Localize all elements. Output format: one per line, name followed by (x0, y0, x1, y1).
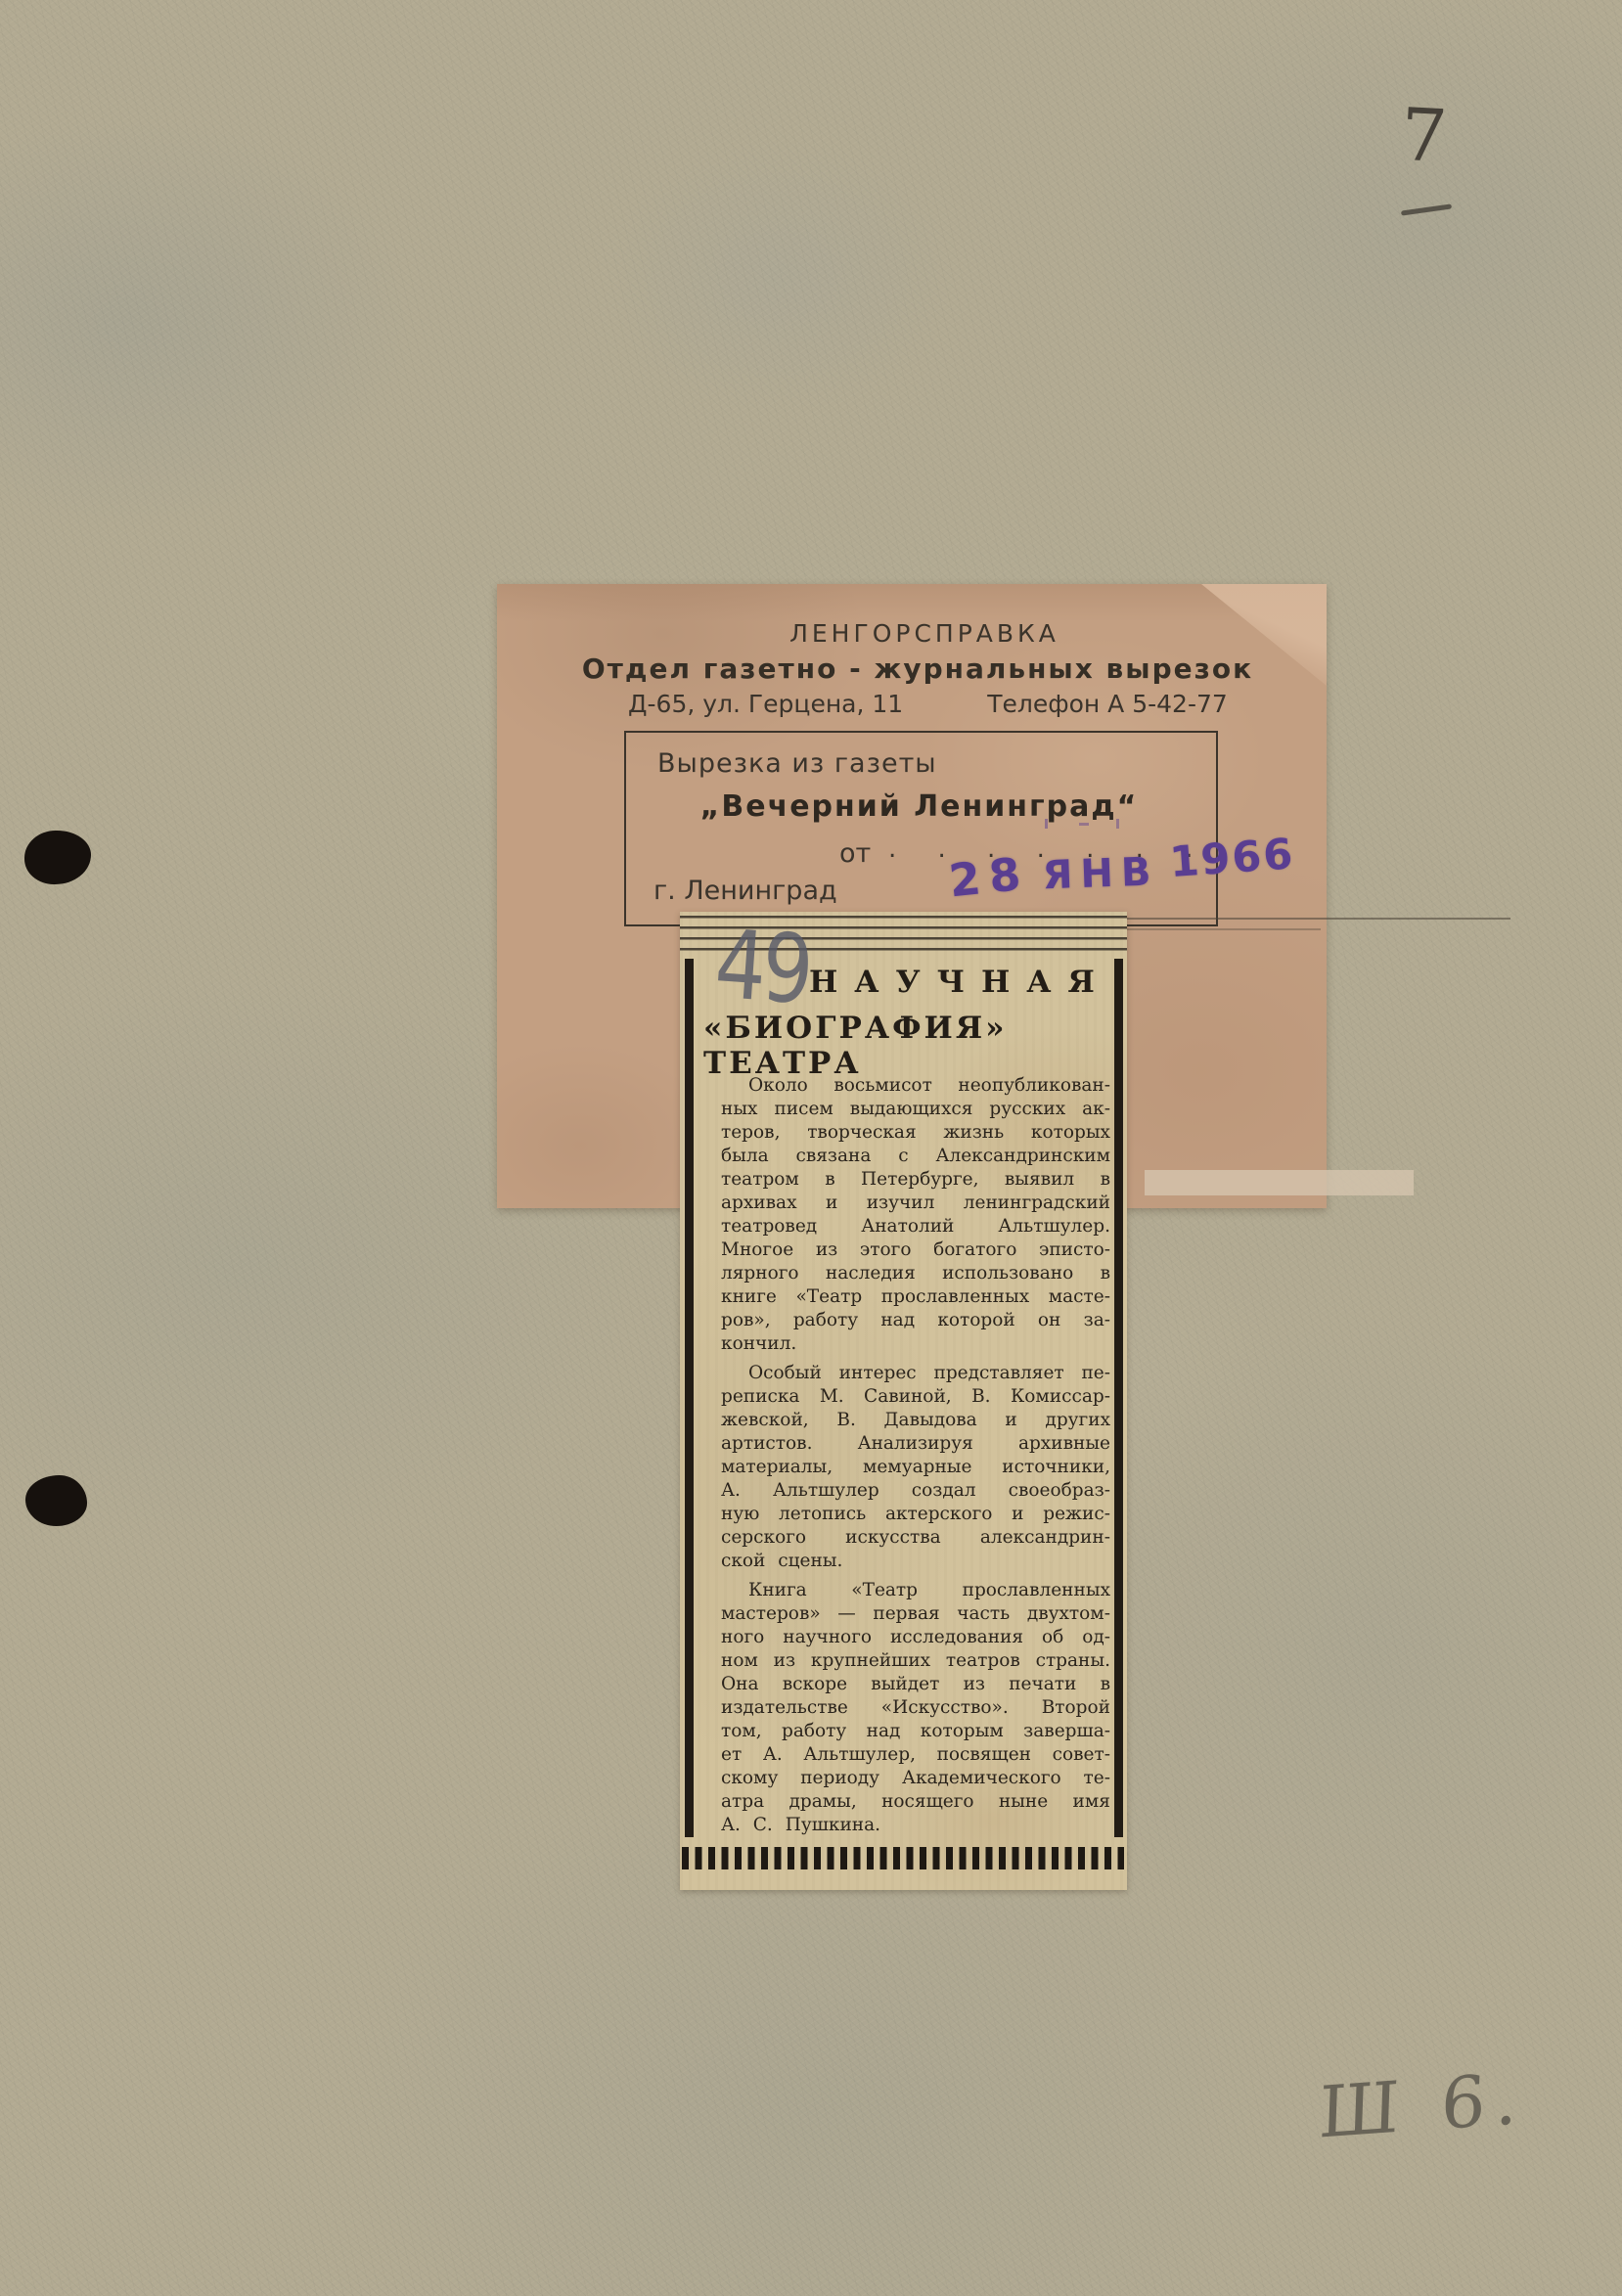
clipping-top-rule-overhang (1125, 928, 1321, 930)
archive-scan-page: 7 ЛЕНГОРСПРАВКА Отдел газетно - журнальн… (0, 0, 1622, 2296)
slip-bottom-tab (1145, 1170, 1414, 1195)
clipping-text-line: жевской,В.Давыдоваидругих (721, 1409, 1110, 1432)
clipping-text-line: быласвязанасАлександринским (721, 1145, 1110, 1168)
faint-stamp-marks (1045, 819, 1119, 829)
clipping-text-line: Околовосьмисотнеопубликован- (721, 1074, 1110, 1098)
clipping-text-line: Книга«Театрпрославленных (721, 1579, 1110, 1602)
clipping-text-line: материалы,мемуарныеисточники, (721, 1456, 1110, 1479)
clipping-text-line: ров»,работунадкоторойонза- (721, 1309, 1110, 1332)
clipping-text-line: Онавскоревыйдетизпечатив (721, 1673, 1110, 1696)
bureau-name: ЛЕНГОРСПРАВКА (510, 619, 1339, 648)
clipping-body-text: Околовосьмисотнеопубликован-ныхписемвыда… (721, 1074, 1110, 1843)
stamp-day: 28 (946, 846, 1031, 907)
stamp-month: ЯНВ (1042, 849, 1159, 898)
clipping-text-line: ской сцены. (721, 1550, 1110, 1573)
clipping-text-line: А.Альтшулерсоздалсвоеобраз- (721, 1479, 1110, 1503)
clipping-text-line: Многоеизэтогобогатогоэписто- (721, 1238, 1110, 1262)
clipping-right-column-rule (1114, 959, 1123, 1837)
ink-blot (24, 831, 91, 884)
date-from-label: от (839, 838, 871, 869)
clipping-text-line: лярногонаследияиспользованов (721, 1262, 1110, 1285)
clipping-text-line: театроведАнатолийАльтшулер. (721, 1215, 1110, 1238)
newspaper-clipping: 49 НАУЧНАЯ «БИОГРАФИЯ» ТЕАТРА Околовосьм… (680, 912, 1127, 1890)
clipping-paragraph-2: Особыйинтереспредставляетпе-репискаМ.Сав… (721, 1362, 1110, 1573)
clipping-top-rule-overhang (1125, 918, 1510, 920)
seven-crossbar-stroke (1401, 203, 1452, 215)
clipping-text-line: ногонаучногоисследованияобод- (721, 1626, 1110, 1649)
clipping-text-line: издательстве«Искусство».Второй (721, 1696, 1110, 1720)
clipping-text-line: том,работунадкоторымзаверша- (721, 1720, 1110, 1743)
clipping-text-line: ныхписемвыдающихсярусскихак- (721, 1098, 1110, 1121)
clipping-text-line: репискаМ.Савиной,В.Комиссар- (721, 1385, 1110, 1409)
source-label: Вырезка из газеты (657, 748, 937, 779)
city-label: г. Ленинград (653, 876, 837, 906)
handwritten-clipping-number: 49 (711, 910, 813, 1026)
clipping-text-line: серскогоискусстваалександрин- (721, 1526, 1110, 1550)
newspaper-name: „Вечерний Ленинград“ (624, 789, 1214, 824)
headline-line-1: НАУЧНАЯ (809, 965, 1127, 1000)
clipping-text-line: Особыйинтереспредставляетпе- (721, 1362, 1110, 1385)
clipping-text-line: книге«Театрпрославленныхмасте- (721, 1285, 1110, 1309)
handwritten-page-number: 7 (1399, 93, 1450, 179)
clipping-text-line: кончил. (721, 1332, 1110, 1356)
clipping-text-line: мастеров»—перваячастьдвухтом- (721, 1602, 1110, 1626)
clipping-paragraph-3: Книга«Театрпрославленныхмастеров»—первая… (721, 1579, 1110, 1837)
clipping-text-line: скомупериодуАкадемическоготе- (721, 1767, 1110, 1790)
date-stamp: 28 ЯНВ 1966 (948, 840, 1273, 904)
ink-blot (25, 1475, 87, 1526)
bureau-department: Отдел газетно - журнальных вырезок (503, 653, 1332, 685)
clipping-bottom-comb-rule (682, 1847, 1124, 1869)
clipping-text-line: нуюлетописьактерскогоирежис- (721, 1503, 1110, 1526)
clipping-text-line: А. С. Пушкина. (721, 1814, 1110, 1837)
bureau-address: Д-65, ул. Герцена, 11 (628, 690, 903, 718)
bureau-address-row: Д-65, ул. Герцена, 11 Телефон А 5-42-77 (628, 690, 1274, 718)
clipping-paragraph-1: Околовосьмисотнеопубликован-ныхписемвыда… (721, 1074, 1110, 1356)
bureau-phone: Телефон А 5-42-77 (987, 690, 1228, 718)
clipping-text-line: теров,творческаяжизнькоторых (721, 1121, 1110, 1145)
clipping-left-column-rule (685, 959, 694, 1837)
clipping-text-line: атрадрамы,носящегонынеимя (721, 1790, 1110, 1814)
clipping-text-line: етА.Альтшулер,посвященсовет- (721, 1743, 1110, 1767)
clipping-text-line: театромвПетербурге,выявилв (721, 1168, 1110, 1192)
handwritten-archive-mark: Ш 6. (1318, 2056, 1529, 2153)
clipping-text-line: номизкрупнейшихтеатровстраны. (721, 1649, 1110, 1673)
clipping-text-line: архивахиизучилленинградский (721, 1192, 1110, 1215)
clipping-text-line: артистов.Анализируяархивные (721, 1432, 1110, 1456)
stamp-year: 1966 (1168, 830, 1296, 887)
